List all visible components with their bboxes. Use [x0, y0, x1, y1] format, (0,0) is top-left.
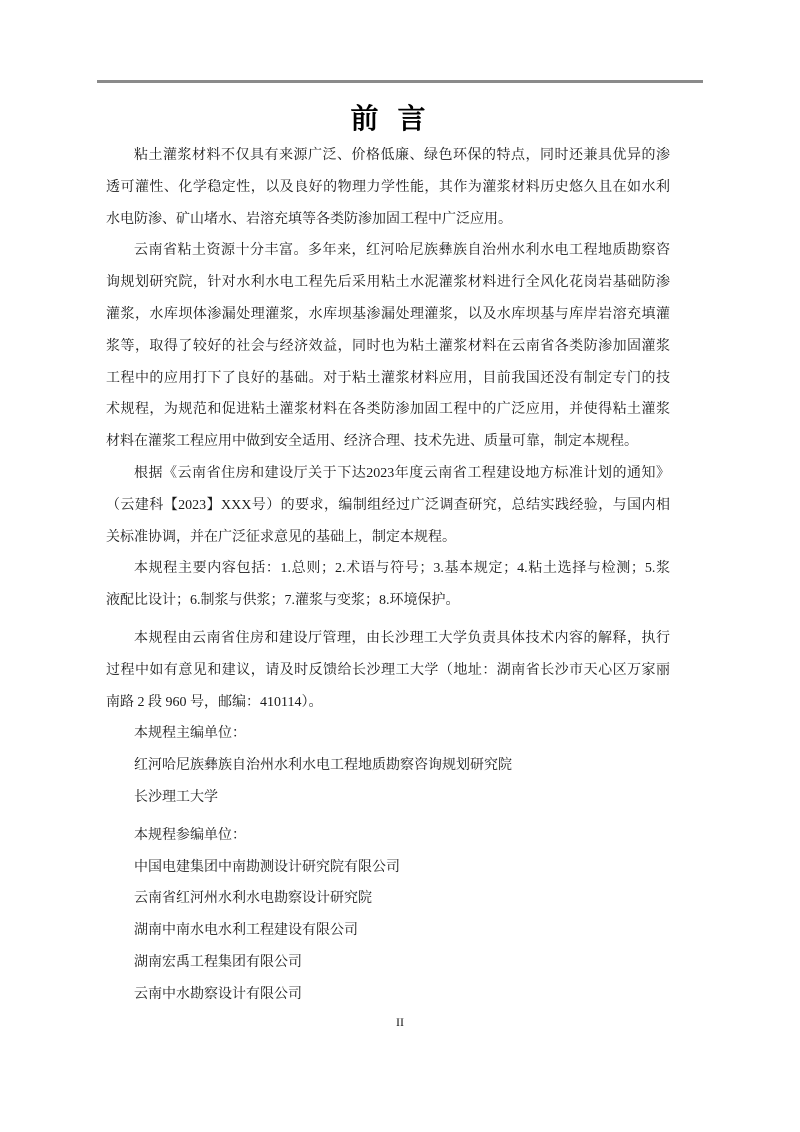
document-body: 粘土灌浆材料不仅具有来源广泛、价格低廉、绿色环保的特点，同时还兼具优异的渗透可灌…	[106, 140, 670, 1011]
paragraph: 根据《云南省住房和建设厅关于下达2023年度云南省工程建设地方标准计划的通知》（…	[106, 458, 670, 553]
text-line: 中国电建集团中南勘测设计研究院有限公司	[106, 852, 670, 884]
paragraph: 云南省粘土资源十分丰富。多年来，红河哈尼族彝族自治州水利水电工程地质勘察咨询规划…	[106, 235, 670, 458]
paragraph: 本规程由云南省住房和建设厅管理，由长沙理工大学负责具体技术内容的解释，执行过程中…	[106, 623, 670, 718]
header-rule-divider	[97, 80, 703, 83]
text-line: 本规程参编单位：	[106, 820, 670, 852]
paragraph: 本规程主要内容包括：1.总则；2.术语与符号；3.基本规定；4.粘土选择与检测；…	[106, 553, 670, 617]
text-line: 灌浆，水库坝体渗漏处理灌浆，水库坝基渗漏处理灌浆，以及水库坝基与库岸岩溶充填灌	[106, 299, 670, 331]
page-number: II	[0, 1013, 800, 1031]
text-line: 南路 2 段 960 号，邮编：410114）。	[106, 687, 670, 719]
text-line: 湖南中南水电水利工程建设有限公司	[106, 915, 670, 947]
paragraph: 本规程主编单位：	[106, 718, 670, 750]
text-line: 云南省红河州水利水电勘察设计研究院	[106, 883, 670, 915]
text-line: 工程中的应用打下了良好的基础。对于粘土灌浆材料应用，目前我国还没有制定专门的技	[106, 363, 670, 395]
text-line: 材料在灌浆工程应用中做到安全适用、经济合理、技术先进、质量可靠，制定本规程。	[106, 426, 670, 458]
paragraph: 湖南宏禹工程集团有限公司	[106, 947, 670, 979]
text-line: 本规程由云南省住房和建设厅管理，由长沙理工大学负责具体技术内容的解释，执行	[106, 623, 670, 655]
paragraph: 本规程参编单位：	[106, 820, 670, 852]
text-line: 根据《云南省住房和建设厅关于下达2023年度云南省工程建设地方标准计划的通知》	[106, 458, 670, 490]
text-line: 本规程主要内容包括：1.总则；2.术语与符号；3.基本规定；4.粘土选择与检测；…	[106, 553, 670, 585]
text-line: 液配比设计；6.制浆与供浆；7.灌浆与变浆；8.环境保护。	[106, 585, 670, 617]
text-line: 本规程主编单位：	[106, 718, 670, 750]
paragraph: 粘土灌浆材料不仅具有来源广泛、价格低廉、绿色环保的特点，同时还兼具优异的渗透可灌…	[106, 140, 670, 235]
paragraph: 云南中水勘察设计有限公司	[106, 979, 670, 1011]
paragraph: 中国电建集团中南勘测设计研究院有限公司	[106, 852, 670, 884]
paragraph: 湖南中南水电水利工程建设有限公司	[106, 915, 670, 947]
text-line: 云南中水勘察设计有限公司	[106, 979, 670, 1011]
page-title: 前 言	[106, 100, 670, 140]
paragraph: 长沙理工大学	[106, 782, 670, 814]
text-line: 术规程，为规范和促进粘土灌浆材料在各类防渗加固工程中的广泛应用，并使得粘土灌浆	[106, 394, 670, 426]
text-line: 透可灌性、化学稳定性，以及良好的物理力学性能，其作为灌浆材料历史悠久且在如水利	[106, 172, 670, 204]
text-line: 水电防渗、矿山堵水、岩溶充填等各类防渗加固工程中广泛应用。	[106, 204, 670, 236]
text-line: 浆等，取得了较好的社会与经济效益，同时也为粘土灌浆材料在云南省各类防渗加固灌浆	[106, 331, 670, 363]
text-line: 过程中如有意见和建议，请及时反馈给长沙理工大学（地址：湖南省长沙市天心区万家丽	[106, 655, 670, 687]
text-line: 红河哈尼族彝族自治州水利水电工程地质勘察咨询规划研究院	[106, 750, 670, 782]
document-page: 前 言 粘土灌浆材料不仅具有来源广泛、价格低廉、绿色环保的特点，同时还兼具优异的…	[0, 0, 800, 1132]
paragraph: 红河哈尼族彝族自治州水利水电工程地质勘察咨询规划研究院	[106, 750, 670, 782]
text-line: 粘土灌浆材料不仅具有来源广泛、价格低廉、绿色环保的特点，同时还兼具优异的渗	[106, 140, 670, 172]
text-line: 湖南宏禹工程集团有限公司	[106, 947, 670, 979]
paragraph: 云南省红河州水利水电勘察设计研究院	[106, 883, 670, 915]
text-line: （云建科【2023】XXX号）的要求，编制组经过广泛调查研究，总结实践经验，与国…	[106, 490, 670, 522]
text-line: 关标准协调，并在广泛征求意见的基础上，制定本规程。	[106, 522, 670, 554]
document-content: 前 言 粘土灌浆材料不仅具有来源广泛、价格低廉、绿色环保的特点，同时还兼具优异的…	[106, 100, 670, 1011]
text-line: 云南省粘土资源十分丰富。多年来，红河哈尼族彝族自治州水利水电工程地质勘察咨	[106, 235, 670, 267]
text-line: 长沙理工大学	[106, 782, 670, 814]
text-line: 询规划研究院，针对水利水电工程先后采用粘土水泥灌浆材料进行全风化花岗岩基础防渗	[106, 267, 670, 299]
